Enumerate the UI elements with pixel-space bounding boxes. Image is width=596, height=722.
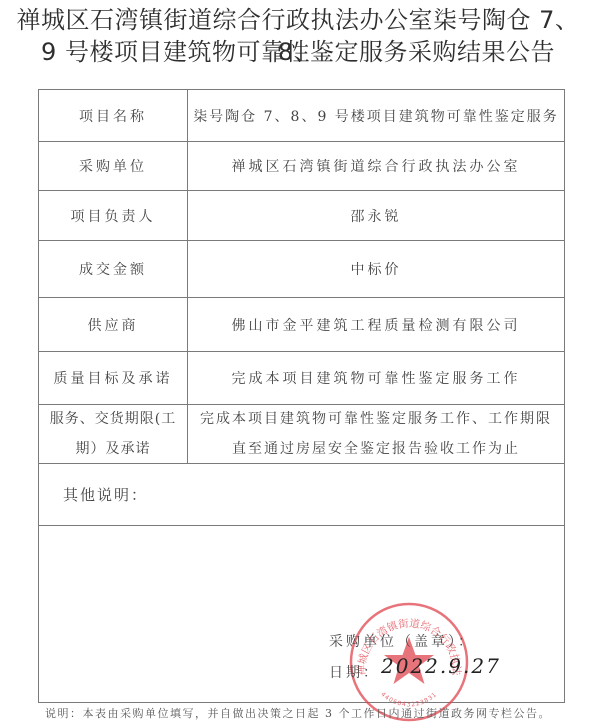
row-label: 质量目标及承诺	[39, 352, 188, 404]
row-label-line-1: 服务、交货期限(工	[50, 404, 176, 434]
row-label: 项目负责人	[39, 191, 188, 240]
row-value: 柒号陶仓 7、8、9 号楼项目建筑物可靠性鉴定服务	[188, 90, 564, 141]
row-label-line-2: 期）及承诺	[76, 434, 151, 464]
row-value: 禅城区石湾镇街道综合行政执法办公室	[188, 142, 564, 190]
handwritten-date: 2022.9.27	[381, 654, 501, 678]
table-row-purchaser: 采购单位 禅城区石湾镇街道综合行政执法办公室	[39, 142, 564, 191]
footnote: 说明：本表由采购单位填写，并自做出决策之日起 3 个工作日内通过街道政务网专栏公…	[0, 705, 596, 721]
signature-area: 佛山市禅城区石湾镇街道综合行政执法办公室 4406043223831 采购单位（…	[39, 526, 564, 703]
row-label: 服务、交货期限(工 期）及承诺	[39, 405, 188, 463]
row-value: 邵永锐	[188, 191, 564, 240]
table-row-project-name: 项目名称 柒号陶仓 7、8、9 号楼项目建筑物可靠性鉴定服务	[39, 90, 564, 142]
row-value: 中标价	[188, 241, 564, 297]
row-value: 佛山市金平建筑工程质量检测有限公司	[188, 298, 564, 351]
row-value: 完成本项目建筑物可靠性鉴定服务工作、工作期限 直至通过房屋安全鉴定报告验收工作为…	[188, 405, 564, 463]
table-row-quality-target: 质量目标及承诺 完成本项目建筑物可靠性鉴定服务工作	[39, 352, 564, 405]
row-value-line-1: 完成本项目建筑物可靠性鉴定服务工作、工作期限	[200, 404, 552, 434]
purchaser-seal-label: 采购单位（盖章）：	[329, 631, 475, 651]
row-label: 供应商	[39, 298, 188, 351]
row-value-line-2: 直至通过房屋安全鉴定报告验收工作为止	[232, 434, 520, 464]
table-row-other-notes: 其他说明：	[39, 464, 564, 526]
row-label: 成交金额	[39, 241, 188, 297]
date-label: 日期：	[329, 662, 380, 682]
row-label: 项目名称	[39, 90, 188, 141]
table-row-supplier: 供应商 佛山市金平建筑工程质量检测有限公司	[39, 298, 564, 352]
row-label: 采购单位	[39, 142, 188, 190]
title-line-2: 9 号楼项目建筑物可靠性鉴定服务采购结果公告	[0, 36, 596, 68]
table-row-deal-amount: 成交金额 中标价	[39, 241, 564, 298]
row-value: 完成本项目建筑物可靠性鉴定服务工作	[188, 352, 564, 404]
table-row-project-lead: 项目负责人 邵永锐	[39, 191, 564, 241]
table-row-service-period: 服务、交货期限(工 期）及承诺 完成本项目建筑物可靠性鉴定服务工作、工作期限 直…	[39, 405, 564, 464]
announcement-table: 项目名称 柒号陶仓 7、8、9 号楼项目建筑物可靠性鉴定服务 采购单位 禅城区石…	[38, 89, 565, 703]
other-notes-label: 其他说明：	[63, 484, 148, 505]
